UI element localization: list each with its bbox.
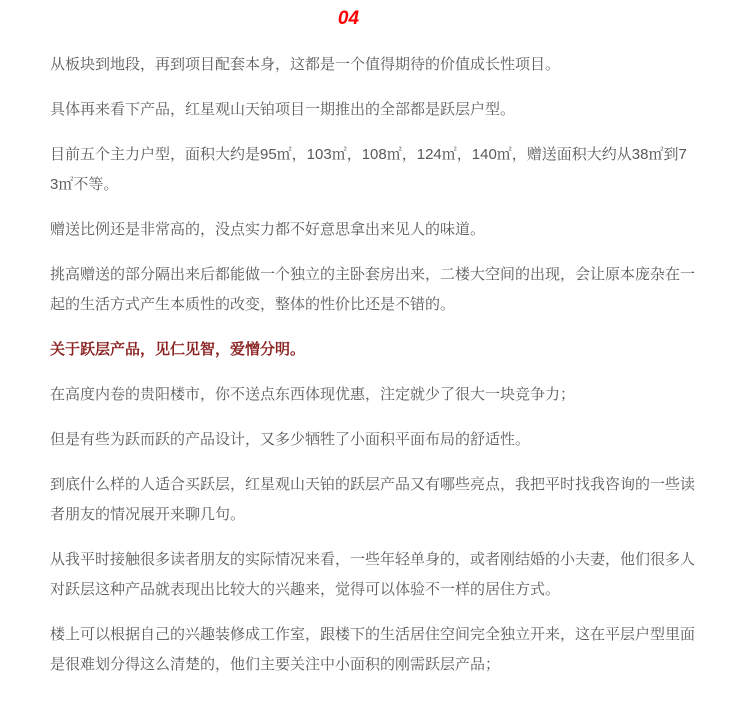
article-paragraph: 赠送比例还是非常高的，没点实力都不好意思拿出来见人的味道。: [50, 215, 695, 245]
article-paragraph: 到底什么样的人适合买跃层，红星观山天铂的跃层产品又有哪些亮点，我把平时找我咨询的…: [50, 470, 695, 530]
highlight-paragraph: 关于跃层产品，见仁见智，爱憎分明。: [50, 335, 695, 365]
article-page: 04 从板块到地段，再到项目配套本身，这都是一个值得期待的价值成长性项目。具体再…: [0, 0, 740, 711]
article-paragraph: 但是有些为跃而跃的产品设计，又多少牺牲了小面积平面布局的舒适性。: [50, 425, 695, 455]
article-paragraph: 挑高赠送的部分隔出来后都能做一个独立的主卧套房出来，二楼大空间的出现，会让原本庞…: [50, 260, 695, 320]
section-number-heading: 04: [0, 8, 697, 30]
article-paragraph: 从板块到地段，再到项目配套本身，这都是一个值得期待的价值成长性项目。: [50, 50, 695, 80]
article-body: 从板块到地段，再到项目配套本身，这都是一个值得期待的价值成长性项目。具体再来看下…: [50, 50, 695, 680]
article-paragraph: 目前五个主力户型，面积大约是95㎡，103㎡，108㎡，124㎡，140㎡，赠送…: [50, 140, 695, 200]
article-paragraph: 在高度内卷的贵阳楼市，你不送点东西体现优惠，注定就少了很大一块竞争力；: [50, 380, 695, 410]
article-paragraph: 具体再来看下产品，红星观山天铂项目一期推出的全部都是跃层户型。: [50, 95, 695, 125]
article-paragraph: 从我平时接触很多读者朋友的实际情况来看，一些年轻单身的，或者刚结婚的小夫妻，他们…: [50, 545, 695, 605]
article-paragraph: 楼上可以根据自己的兴趣装修成工作室，跟楼下的生活居住空间完全独立开来，这在平层户…: [50, 620, 695, 680]
